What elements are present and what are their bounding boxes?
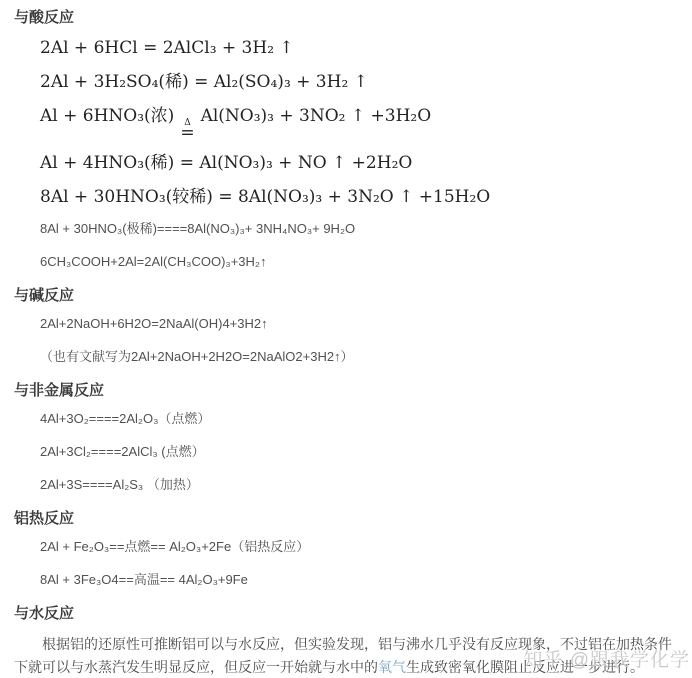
equals-glyph: = <box>180 127 194 140</box>
equation-al-o2: 4Al+3O₂====2Al₂O₃（点燃） <box>40 410 684 428</box>
equation-al-cl2: 2Al+3Cl₂====2AlCl₃ (点燃） <box>40 443 684 461</box>
section-thermite: 铝热反应 2Al + Fe₂O₃==点燃== Al₂O₃+2Fe（铝热反应） 8… <box>14 509 684 589</box>
equation-al-hcl: 2Al + 6HCl = 2AlCl₃ + 3H₂ ↑ <box>40 37 684 59</box>
equation-al-h2so4: 2Al + 3H₂SO₄(稀) = Al₂(SO₄)₃ + 3H₂ ↑ <box>40 71 684 93</box>
section-heading-alkali: 与碱反应 <box>14 286 684 306</box>
article-page: 与酸反应 2Al + 6HCl = 2AlCl₃ + 3H₂ ↑ 2Al + 3… <box>0 0 692 678</box>
equation-al-hno3-dilute: Al + 4HNO₃(稀) = Al(NO₃)₃ + NO ↑ +2H₂O <box>40 152 684 174</box>
section-heading-acid: 与酸反应 <box>14 8 684 28</box>
section-water: 与水反应 根据铝的还原性可推断铝可以与水反应，但实验发现，铝与沸水几乎没有反应现… <box>14 604 684 678</box>
section-alkali: 与碱反应 2Al+2NaOH+6H2O=2NaAl(OH)4+3H2↑ （也有文… <box>14 286 684 366</box>
water-reaction-paragraph: 根据铝的还原性可推断铝可以与水反应，但实验发现，铝与沸水几乎没有反应现象，不过铝… <box>14 633 684 678</box>
equation-al-s: 2Al+3S====Al₂S₃ （加热） <box>40 476 684 494</box>
equation-al-hno3-concentrated: Al + 6HNO₃(浓)Δ=Al(NO₃)₃ + 3NO₂ ↑ +3H₂O <box>40 105 684 140</box>
equation-part-post: Al(NO₃)₃ + 3NO₂ ↑ +3H₂O <box>201 106 432 126</box>
equation-al-hno3-rather-dilute: 8Al + 30HNO₃(较稀) = 8Al(NO₃)₃ + 3N₂O ↑ +1… <box>40 186 684 208</box>
section-heading-water: 与水反应 <box>14 604 684 624</box>
equation-al-acetic-acid: 6CH₃COOH+2Al=2Al(CH₃COO)₃+3H₂↑ <box>40 253 684 271</box>
equation-al-fe3o4: 8Al + 3Fe₃O4==高温== 4Al₂O₃+9Fe <box>40 571 684 589</box>
equation-al-hno3-very-dilute: 8Al + 30HNO₃(极稀)====8Al(NO₃)₃+ 3NH₄NO₃+ … <box>40 220 684 238</box>
equation-al-naoh-alternative: （也有文献写为2Al+2NaOH+2H2O=2NaAlO2+3H2↑） <box>40 348 684 366</box>
section-acid: 与酸反应 2Al + 6HCl = 2AlCl₃ + 3H₂ ↑ 2Al + 3… <box>14 8 684 271</box>
equation-al-fe2o3: 2Al + Fe₂O₃==点燃== Al₂O₃+2Fe（铝热反应） <box>40 538 684 556</box>
equation-part-pre: Al + 6HNO₃(浓) <box>40 106 174 126</box>
section-heading-thermite: 铝热反应 <box>14 509 684 529</box>
paragraph-text-after-link: 生成致密氧化膜阻止反应进一步进行。 <box>406 659 644 675</box>
delta-equals-symbol: Δ= <box>180 119 194 140</box>
equation-al-naoh: 2Al+2NaOH+6H2O=2NaAl(OH)4+3H2↑ <box>40 315 684 333</box>
oxygen-link[interactable]: 氧气 <box>378 659 406 675</box>
section-nonmetal: 与非金属反应 4Al+3O₂====2Al₂O₃（点燃） 2Al+3Cl₂===… <box>14 381 684 494</box>
section-heading-nonmetal: 与非金属反应 <box>14 381 684 401</box>
